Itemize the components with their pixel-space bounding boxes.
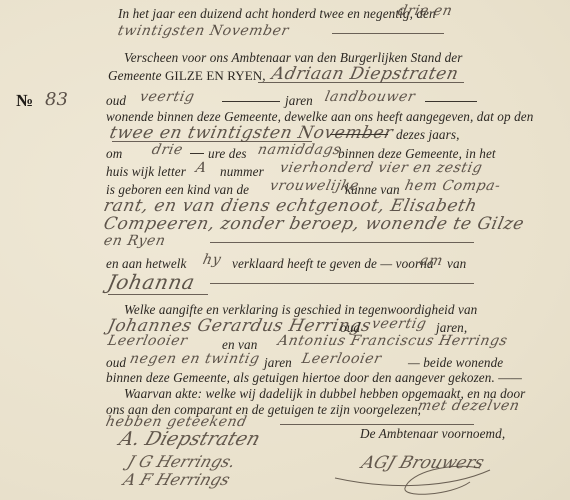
municipality-name: GILZE EN RYEN (165, 68, 262, 83)
of-label: van (447, 256, 466, 272)
fill-line (280, 424, 474, 425)
house-letter: A (194, 160, 208, 176)
declarant-pronoun: hy (201, 252, 223, 268)
name-suffix: am (418, 253, 444, 269)
age-label: oud (106, 355, 126, 371)
mother-line-3: en Ryen (102, 233, 167, 249)
naming-text-2: verklaard heeft te geven de — voorna (232, 256, 434, 272)
child-name: Johanna (105, 270, 197, 294)
number-label: nummer (220, 164, 264, 180)
fill-line (108, 294, 208, 295)
residence-both: — beide wonende (408, 355, 503, 371)
dash-line (222, 101, 280, 102)
years-label: jaren (285, 93, 313, 109)
official-label: De Ambtenaar voornoemd, (360, 426, 505, 442)
age-label: oud (106, 93, 126, 109)
birth-hour: drie (150, 142, 184, 158)
handwritten-day: drie en (396, 3, 454, 19)
witness-2-name: Antonius Franciscus Herrings (276, 333, 509, 349)
entry-number-value: 83 (45, 89, 68, 110)
birth-date: twee en twintigsten November (108, 123, 395, 143)
at-label: om (106, 146, 122, 162)
signature-witness-1: J G Herrings. (125, 452, 238, 471)
house-number: vierhonderd vier en zestig (278, 160, 484, 176)
witness-2-occupation: Leerlooier (300, 351, 383, 367)
signature-flourish (330, 460, 510, 500)
dash-line (425, 101, 477, 102)
register-page: In het jaar een duizend acht honderd twe… (0, 0, 570, 500)
fill-line (210, 242, 474, 243)
dash-line (190, 153, 204, 154)
intro-text: In het jaar een duizend acht honderd twe… (118, 6, 436, 22)
mother-line-1: rant, en van diens echtgenoot, Elisabeth (102, 196, 479, 216)
time-of-day: namiddags (256, 142, 342, 158)
declarant-occupation: landbouwer (323, 89, 417, 105)
entry-number-label: № (16, 91, 33, 111)
witness-1-occupation: Leerlooier (106, 333, 189, 349)
year-text: dezes jaars, (396, 127, 459, 143)
signature-declarant: A. Diepstraten (116, 428, 263, 450)
mother-line-2: Compeeren, zonder beroep, wonende te Gil… (102, 214, 526, 234)
years-label: jaren (264, 355, 292, 371)
house-label: huis wijk letter (106, 164, 186, 180)
comma: , (262, 68, 265, 83)
municipality-label: Gemeente GILZE EN RYEN, (108, 68, 266, 84)
hour-label: ure des (208, 146, 247, 162)
fill-line (332, 33, 444, 34)
fill-line (258, 82, 464, 83)
municipality-prefix: Gemeente (108, 68, 162, 83)
witness-choice-text: binnen deze Gemeente, als getuigen hiert… (106, 370, 522, 386)
signature-witness-2: A F Herrings (121, 470, 233, 489)
father-ref: hem Compa- (403, 178, 502, 194)
dash-line (330, 134, 388, 135)
declarant-name: Adriaan Diepstraten (270, 64, 461, 84)
fill-line (210, 283, 474, 284)
signed-with-text: met dezelven (416, 398, 521, 414)
witness-2-age: negen en twintig (128, 351, 261, 367)
handwritten-day-month: twintigsten November (116, 23, 290, 39)
witness-1-age: veertig (370, 316, 428, 332)
declarant-age: veertig (138, 89, 196, 105)
